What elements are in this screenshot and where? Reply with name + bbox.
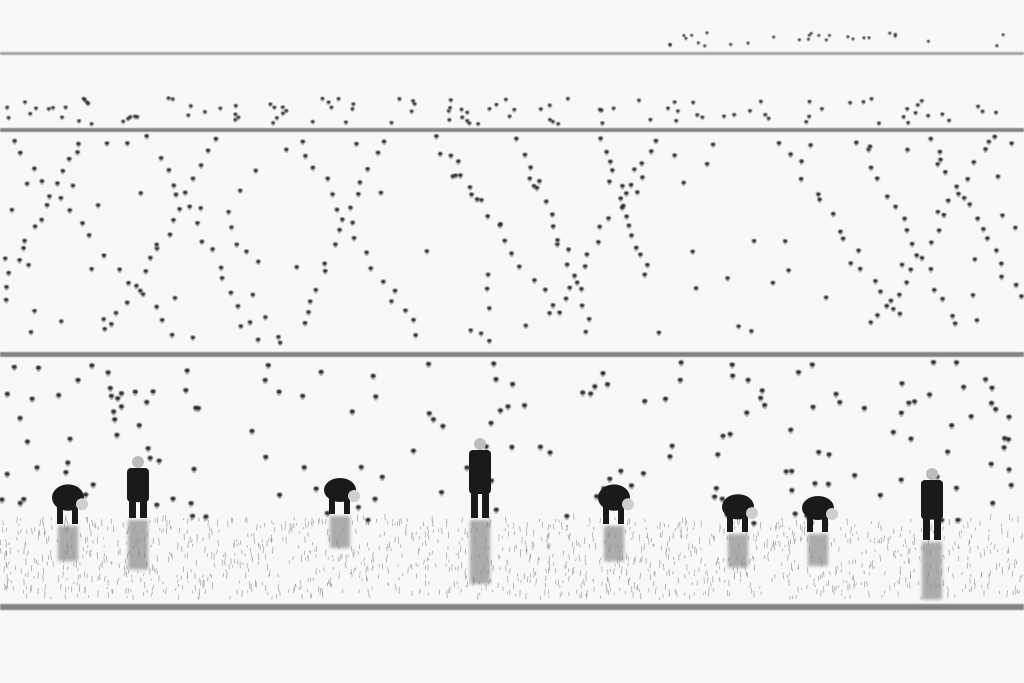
rice-field-photo bbox=[0, 0, 1024, 683]
water-background bbox=[0, 0, 1024, 683]
